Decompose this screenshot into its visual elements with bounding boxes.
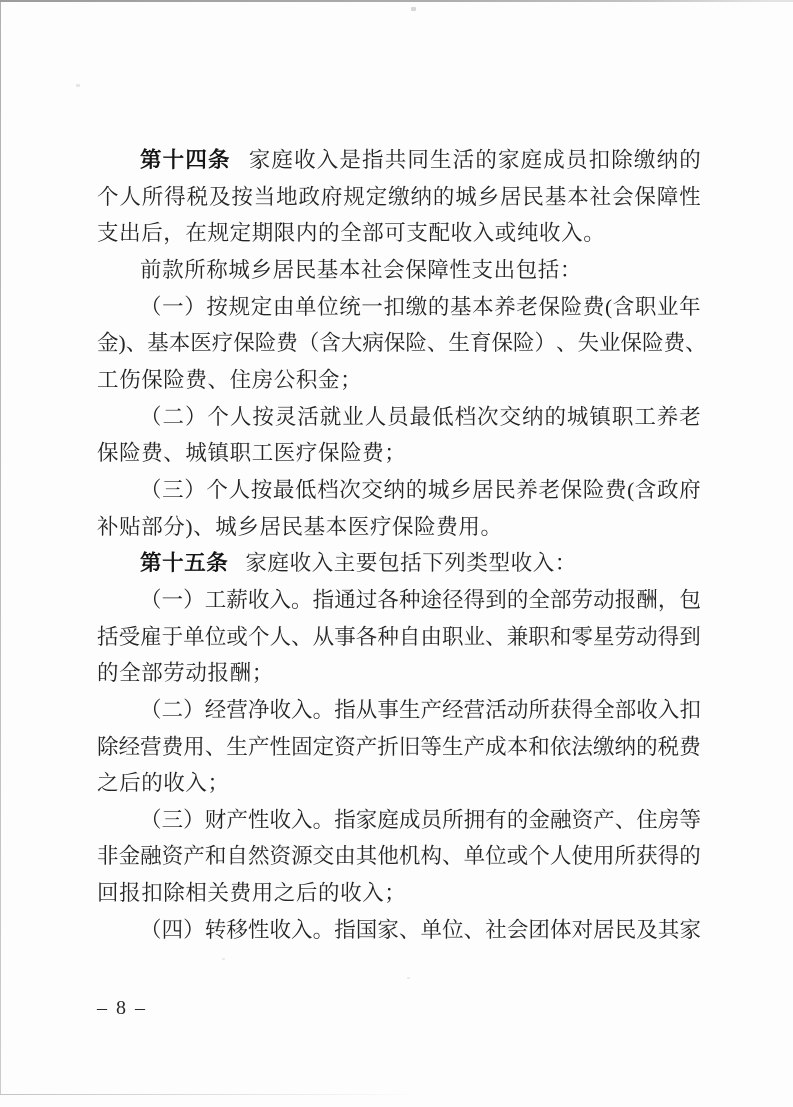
text-line: 除经营费用、生产性固定资产折旧等生产成本和依法缴纳的税费 — [97, 729, 701, 766]
text-line: （一）工薪收入。指通过各种途径得到的全部劳动报酬，包 — [97, 582, 701, 619]
text-line: 保险费、城镇职工医疗保险费； — [97, 435, 701, 472]
scan-left-edge — [0, 2, 1, 1094]
text-line: 补贴部分)、城乡居民基本医疗保险费用。 — [97, 509, 701, 546]
text-line: 括受雇于单位或个人、从事各种自由职业、兼职和零星劳动得到 — [97, 619, 701, 656]
scan-speck — [222, 958, 225, 960]
text-line: 之后的收入； — [97, 765, 701, 802]
text-line: 非金融资产和自然资源交由其他机构、单位或个人使用所获得的 — [97, 838, 701, 875]
text-line: （二）经营净收入。指从事生产经营活动所获得全部收入扣 — [97, 692, 701, 729]
text-line: 回报扣除相关费用之后的收入； — [97, 875, 701, 912]
text-line: 前款所称城乡居民基本社会保障性支出包括： — [97, 252, 701, 289]
text-line: 金)、基本医疗保险费（含大病保险、生育保险）、失业保险费、 — [97, 325, 701, 362]
page-number: – 8 – — [97, 995, 147, 1021]
text-line: （二）个人按灵活就业人员最低档次交纳的城镇职工养老 — [97, 399, 701, 436]
scan-bottom-edge — [0, 1094, 420, 1095]
scan-speck — [76, 84, 80, 87]
text-line: （一）按规定由单位统一扣缴的基本养老保险费(含职业年 — [97, 289, 701, 326]
text-line: （三）个人按最低档次交纳的城乡居民养老保险费(含政府 — [97, 472, 701, 509]
text-line: 的全部劳动报酬； — [97, 655, 701, 692]
scanned-page: 第十四条家庭收入是指共同生活的家庭成员扣除缴纳的个人所得税及按当地政府规定缴纳的… — [0, 0, 793, 1107]
text-line: 支出后，在规定期限内的全部可支配收入或纯收入。 — [97, 215, 701, 252]
text-line: 工伤保险费、住房公积金； — [97, 362, 701, 399]
scan-speck — [411, 7, 416, 11]
text-line: （三）财产性收入。指家庭成员所拥有的金融资产、住房等 — [97, 802, 701, 839]
scan-top-edge — [0, 0, 793, 2]
text-line: 第十四条家庭收入是指共同生活的家庭成员扣除缴纳的 — [97, 142, 701, 179]
text-line: 第十五条家庭收入主要包括下列类型收入： — [97, 545, 701, 582]
text-line: 个人所得税及按当地政府规定缴纳的城乡居民基本社会保障性 — [97, 179, 701, 216]
scan-speck — [407, 977, 410, 979]
text-line: （四）转移性收入。指国家、单位、社会团体对居民及其家 — [97, 912, 701, 949]
document-body: 第十四条家庭收入是指共同生活的家庭成员扣除缴纳的个人所得税及按当地政府规定缴纳的… — [97, 142, 701, 948]
